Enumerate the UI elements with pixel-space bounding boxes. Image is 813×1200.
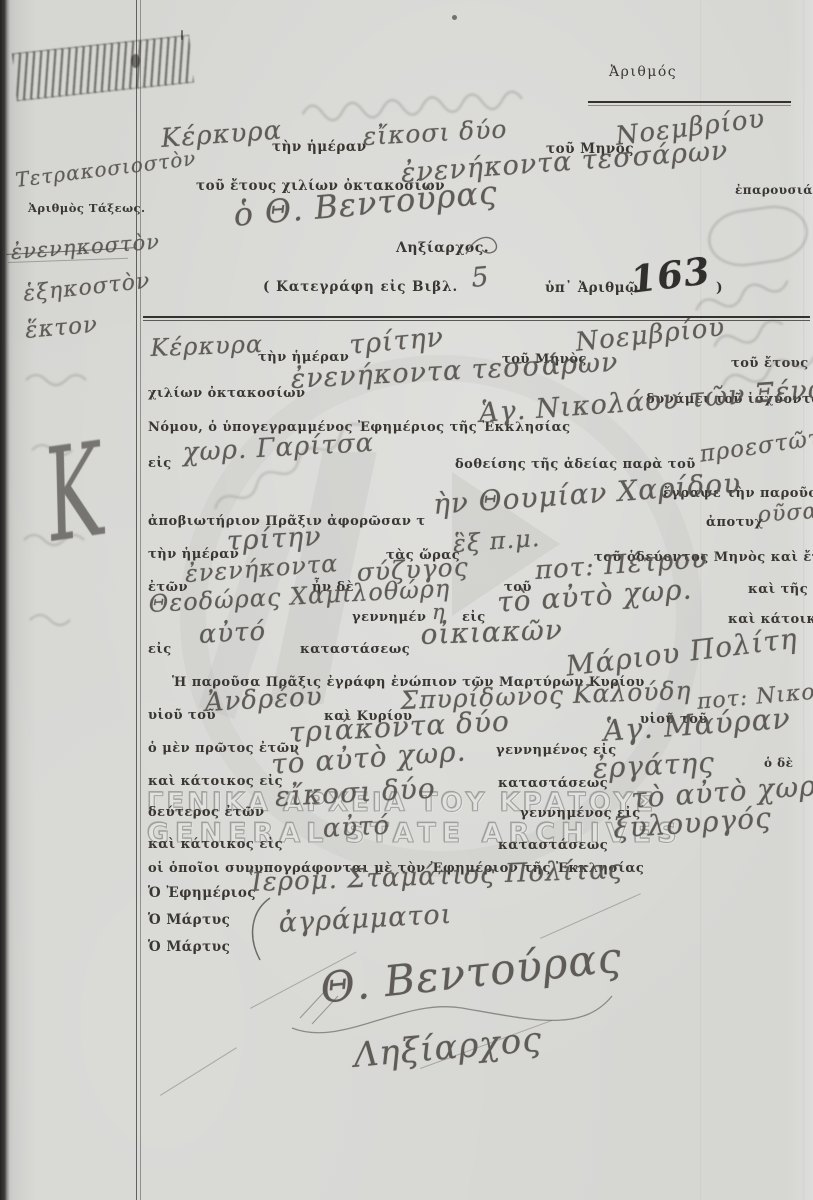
book-number-handwritten: 5	[470, 261, 491, 293]
margin-rule-inner	[140, 0, 141, 1200]
header-number-label: Ἀριθμός	[609, 64, 677, 80]
act-died-suffix-handwritten: οῦσα	[757, 499, 813, 528]
witness2-residence-handwritten: αὐτό	[322, 810, 391, 843]
ink-mark	[181, 30, 183, 40]
witness1-father-handwritten: Ἀνδρέου	[204, 682, 323, 718]
priest-label: Ὁ Ἐφημέριος	[148, 885, 256, 901]
ink-blob	[131, 54, 140, 68]
act-died-label: ἀποτυχ	[706, 515, 764, 530]
margin-order-label: Ἀριθμὸς Τάξεως.	[28, 201, 146, 215]
registrar-flourish	[462, 232, 506, 260]
bleedthrough-stamp	[705, 201, 812, 270]
page-edge-fold	[803, 0, 806, 1200]
book-entry-label: ( Κατεγράφη εἰς Βιβλ.	[263, 279, 458, 295]
act-status-handwritten: οἰκιακῶν	[420, 613, 563, 651]
bleedthrough-squiggle-left	[20, 360, 130, 660]
act-at3-label: εἰς	[148, 642, 172, 657]
witnesses-note-handwritten: ἀγράμματοι	[278, 899, 453, 939]
act-at-label: εἰς	[148, 456, 172, 471]
pencil-scratch-3	[160, 1047, 237, 1096]
witness1-status-label: καταστάσεως	[498, 776, 608, 791]
witness-label-2: Ὁ Μάρτυς	[148, 939, 230, 955]
ink-speck	[452, 15, 457, 20]
witness2-status-label: καταστάσεως	[498, 838, 608, 853]
witness2-age-label: δεύτερος ἐτῶν	[148, 805, 265, 820]
act-status-label: καταστάσεως	[300, 642, 410, 657]
number-rule	[588, 101, 791, 103]
header-day-label: τὴν ἡμέραν	[272, 139, 367, 155]
act-year-label: χιλίων ὀκτακοσίων	[148, 386, 306, 401]
act-and-of-label: καὶ τῆς	[748, 582, 808, 597]
act-permission-handwritten: προεστῶτος	[698, 421, 813, 468]
witness1-resident-label: καὶ κάτοικος εἰς	[148, 774, 283, 789]
header-presented-label: ἐπαρουσιάσθη	[735, 183, 813, 197]
act-residence-handwritten: αὐτό	[198, 616, 267, 649]
death-record-scan: ΓΕΝΙΚΑ ΑΡΧΕΙΑ ΤΟΥ ΚΡΑΤΟΥΣ GENERAL STATE …	[0, 0, 813, 1200]
witness-label-1: Ὁ Μάρτυς	[148, 912, 230, 928]
margin-ordinal-bottom: ἕκτον	[24, 312, 99, 344]
under-number-label: ὑπ᾽ Ἀριθμῷ	[545, 280, 638, 296]
binding-edge	[0, 0, 10, 1200]
act-born-label: γεννημέν	[352, 610, 426, 625]
second-intro-label: ὁ δὲ	[764, 756, 793, 770]
margin-ordinal-mid: ἑξηκοστὸν	[22, 269, 152, 307]
pencil-scratch-4	[540, 893, 641, 939]
margin-rule-outer	[136, 0, 137, 1200]
header-place-handwritten: Κέρκυρα	[160, 116, 283, 154]
act-place-handwritten: Κέρκυρα	[150, 330, 263, 362]
struck-out-annotation	[12, 35, 194, 101]
act-permission-label: δοθείσης τῆς ἀδείας παρὰ τοῦ	[455, 457, 696, 472]
witness2-resident-label: καὶ κάτοικος εἰς	[148, 837, 283, 852]
witness-brace	[246, 896, 274, 962]
